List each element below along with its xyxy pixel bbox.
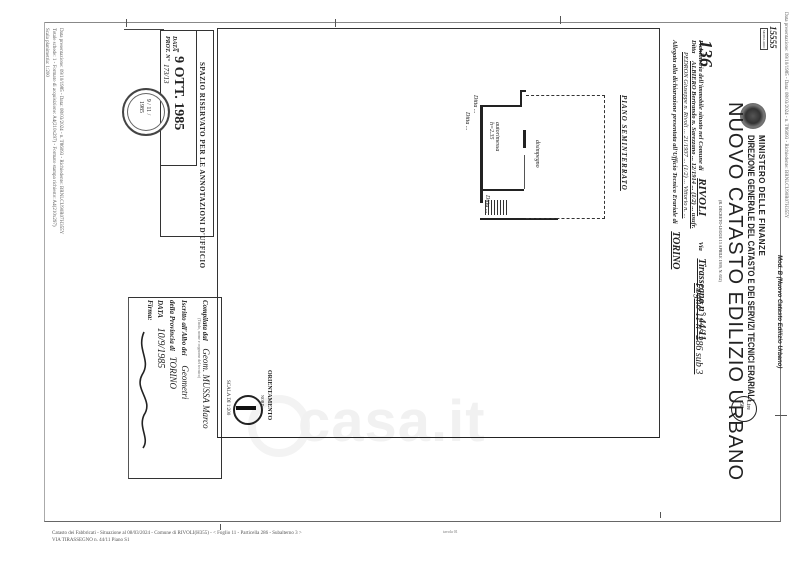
- law-reference: (R. DECRETO-LEGGE 13 APRILE 1939, N. 652…: [718, 200, 723, 282]
- direction-name: DIREZIONE GENERALE DEL CATASTO E DEI SER…: [746, 135, 756, 401]
- office-box-title: SPAZIO RISERVATO PER LE ANNOTAZIONI D'UF…: [198, 62, 206, 269]
- registered-value: Geometri: [180, 365, 190, 399]
- floor-label: PIANO SEMINTERRATO: [620, 95, 628, 191]
- field-line-1: Planimetria dell'immobile situato nel Co…: [696, 40, 708, 340]
- registered-label: Iscritto all'Albo dei: [180, 300, 188, 356]
- date-row: DATA 10/9/1985: [155, 300, 166, 368]
- neighbor-label: Ditta ...: [472, 95, 478, 113]
- province-value: TORINO: [168, 357, 178, 389]
- field-line-3: PEDRON Giuseppe n. Rivoli ... 21/1937 ..…: [682, 52, 689, 219]
- top-margin-text: Data presentazione: 09/10/1985 - Data: 0…: [783, 12, 788, 218]
- sheet-tick: [335, 19, 336, 27]
- left-margin-line: Data presentazione: 09/10/1985 - Data: 0…: [57, 28, 64, 234]
- sheet-tick: [775, 415, 787, 416]
- ufficio-value: TORINO: [670, 231, 681, 269]
- modulario-box: MODULARIO: [760, 28, 768, 50]
- compiler-date-value: 10/9/1985: [155, 328, 166, 369]
- left-margin-text: Data presentazione: 09/10/1985 - Data: 0…: [43, 28, 64, 234]
- neighbor-label: Ditta ...: [464, 112, 470, 130]
- via-value: Tirassegno n° 44/11: [696, 258, 707, 340]
- document-title: NUOVO CATASTO EDILIZIO URBANO: [723, 102, 746, 481]
- compiled-by-row: Compilata dal Geom. MUSSA Marco: [201, 300, 211, 429]
- ministry-name: MINISTERO DELLE FINANZE: [757, 135, 766, 256]
- comune-value: RIVOLI: [696, 178, 708, 216]
- sheet-tick: [660, 512, 661, 518]
- ditta-value: ALBIERO Bertrando n. Sarezzano ... 12/19…: [690, 61, 697, 229]
- footer-line-1: Catasto dei Fabbricati - Situazione al 0…: [52, 530, 302, 537]
- field-line-2: Ditta ALBIERO Bertrando n. Sarezzano ...…: [690, 40, 697, 229]
- compiler-date-label: DATA: [156, 300, 164, 318]
- footer: Catasto dei Fabbricati - Situazione al 0…: [52, 530, 302, 544]
- prot-label: PROT. N°: [164, 36, 170, 61]
- comune-label: Planimetria dell'immobile situato nel Co…: [697, 40, 704, 171]
- compiled-by-hint: (Titolo, nome e cognome del tecnico): [197, 318, 202, 378]
- compiled-by-value: Geom. MUSSA Marco: [201, 348, 211, 428]
- signature-row: Firma:: [146, 300, 154, 321]
- room-label-hall: disimpegno: [534, 140, 540, 168]
- signature-scribble: [134, 330, 156, 450]
- neighbor-label: Ditta ...: [484, 195, 490, 213]
- room-label-garage: autorimessah=2.35: [488, 122, 500, 151]
- ditta-label: Ditta: [690, 40, 697, 53]
- sheet-tick: [560, 16, 561, 24]
- prot-value: 173/13: [162, 64, 170, 83]
- signature-label: Firma:: [146, 300, 154, 321]
- province-label: della Provincia di: [168, 300, 176, 351]
- compiled-by-label: Compilata dal: [201, 300, 209, 341]
- sheet-tick: [126, 19, 127, 27]
- date-stamp: - 9 OTT. 1985: [170, 48, 186, 130]
- round-stamp-date: 9 / 11 / 1985: [137, 96, 151, 118]
- registered-row: Iscritto all'Albo dei Geometri: [180, 300, 190, 399]
- footer-right-label: tavola 01: [443, 529, 458, 534]
- data-label: DATA: [171, 36, 177, 51]
- left-margin-line: Scala planimetria: 1:200: [43, 28, 50, 234]
- top-stub-line: [124, 29, 164, 30]
- protocol-number: 15555: [768, 26, 778, 49]
- footer-line-2: VIA TIRASSEGNO n. 44/11 Piano S1: [52, 537, 302, 544]
- model-label: Mod. B (Nuovo Catasto Edilizio Urbano): [776, 255, 782, 368]
- province-row: della Provincia di TORINO: [168, 300, 178, 389]
- field-line-4: Allegata alla dichiarazione presentata a…: [670, 40, 681, 269]
- left-margin-line: Totale schede: 1 - Formato di acquisizio…: [50, 28, 57, 234]
- ufficio-label: Allegata alla dichiarazione presentata a…: [671, 40, 678, 224]
- via-label: Via: [697, 242, 704, 251]
- plan-drawing-area: [217, 28, 660, 438]
